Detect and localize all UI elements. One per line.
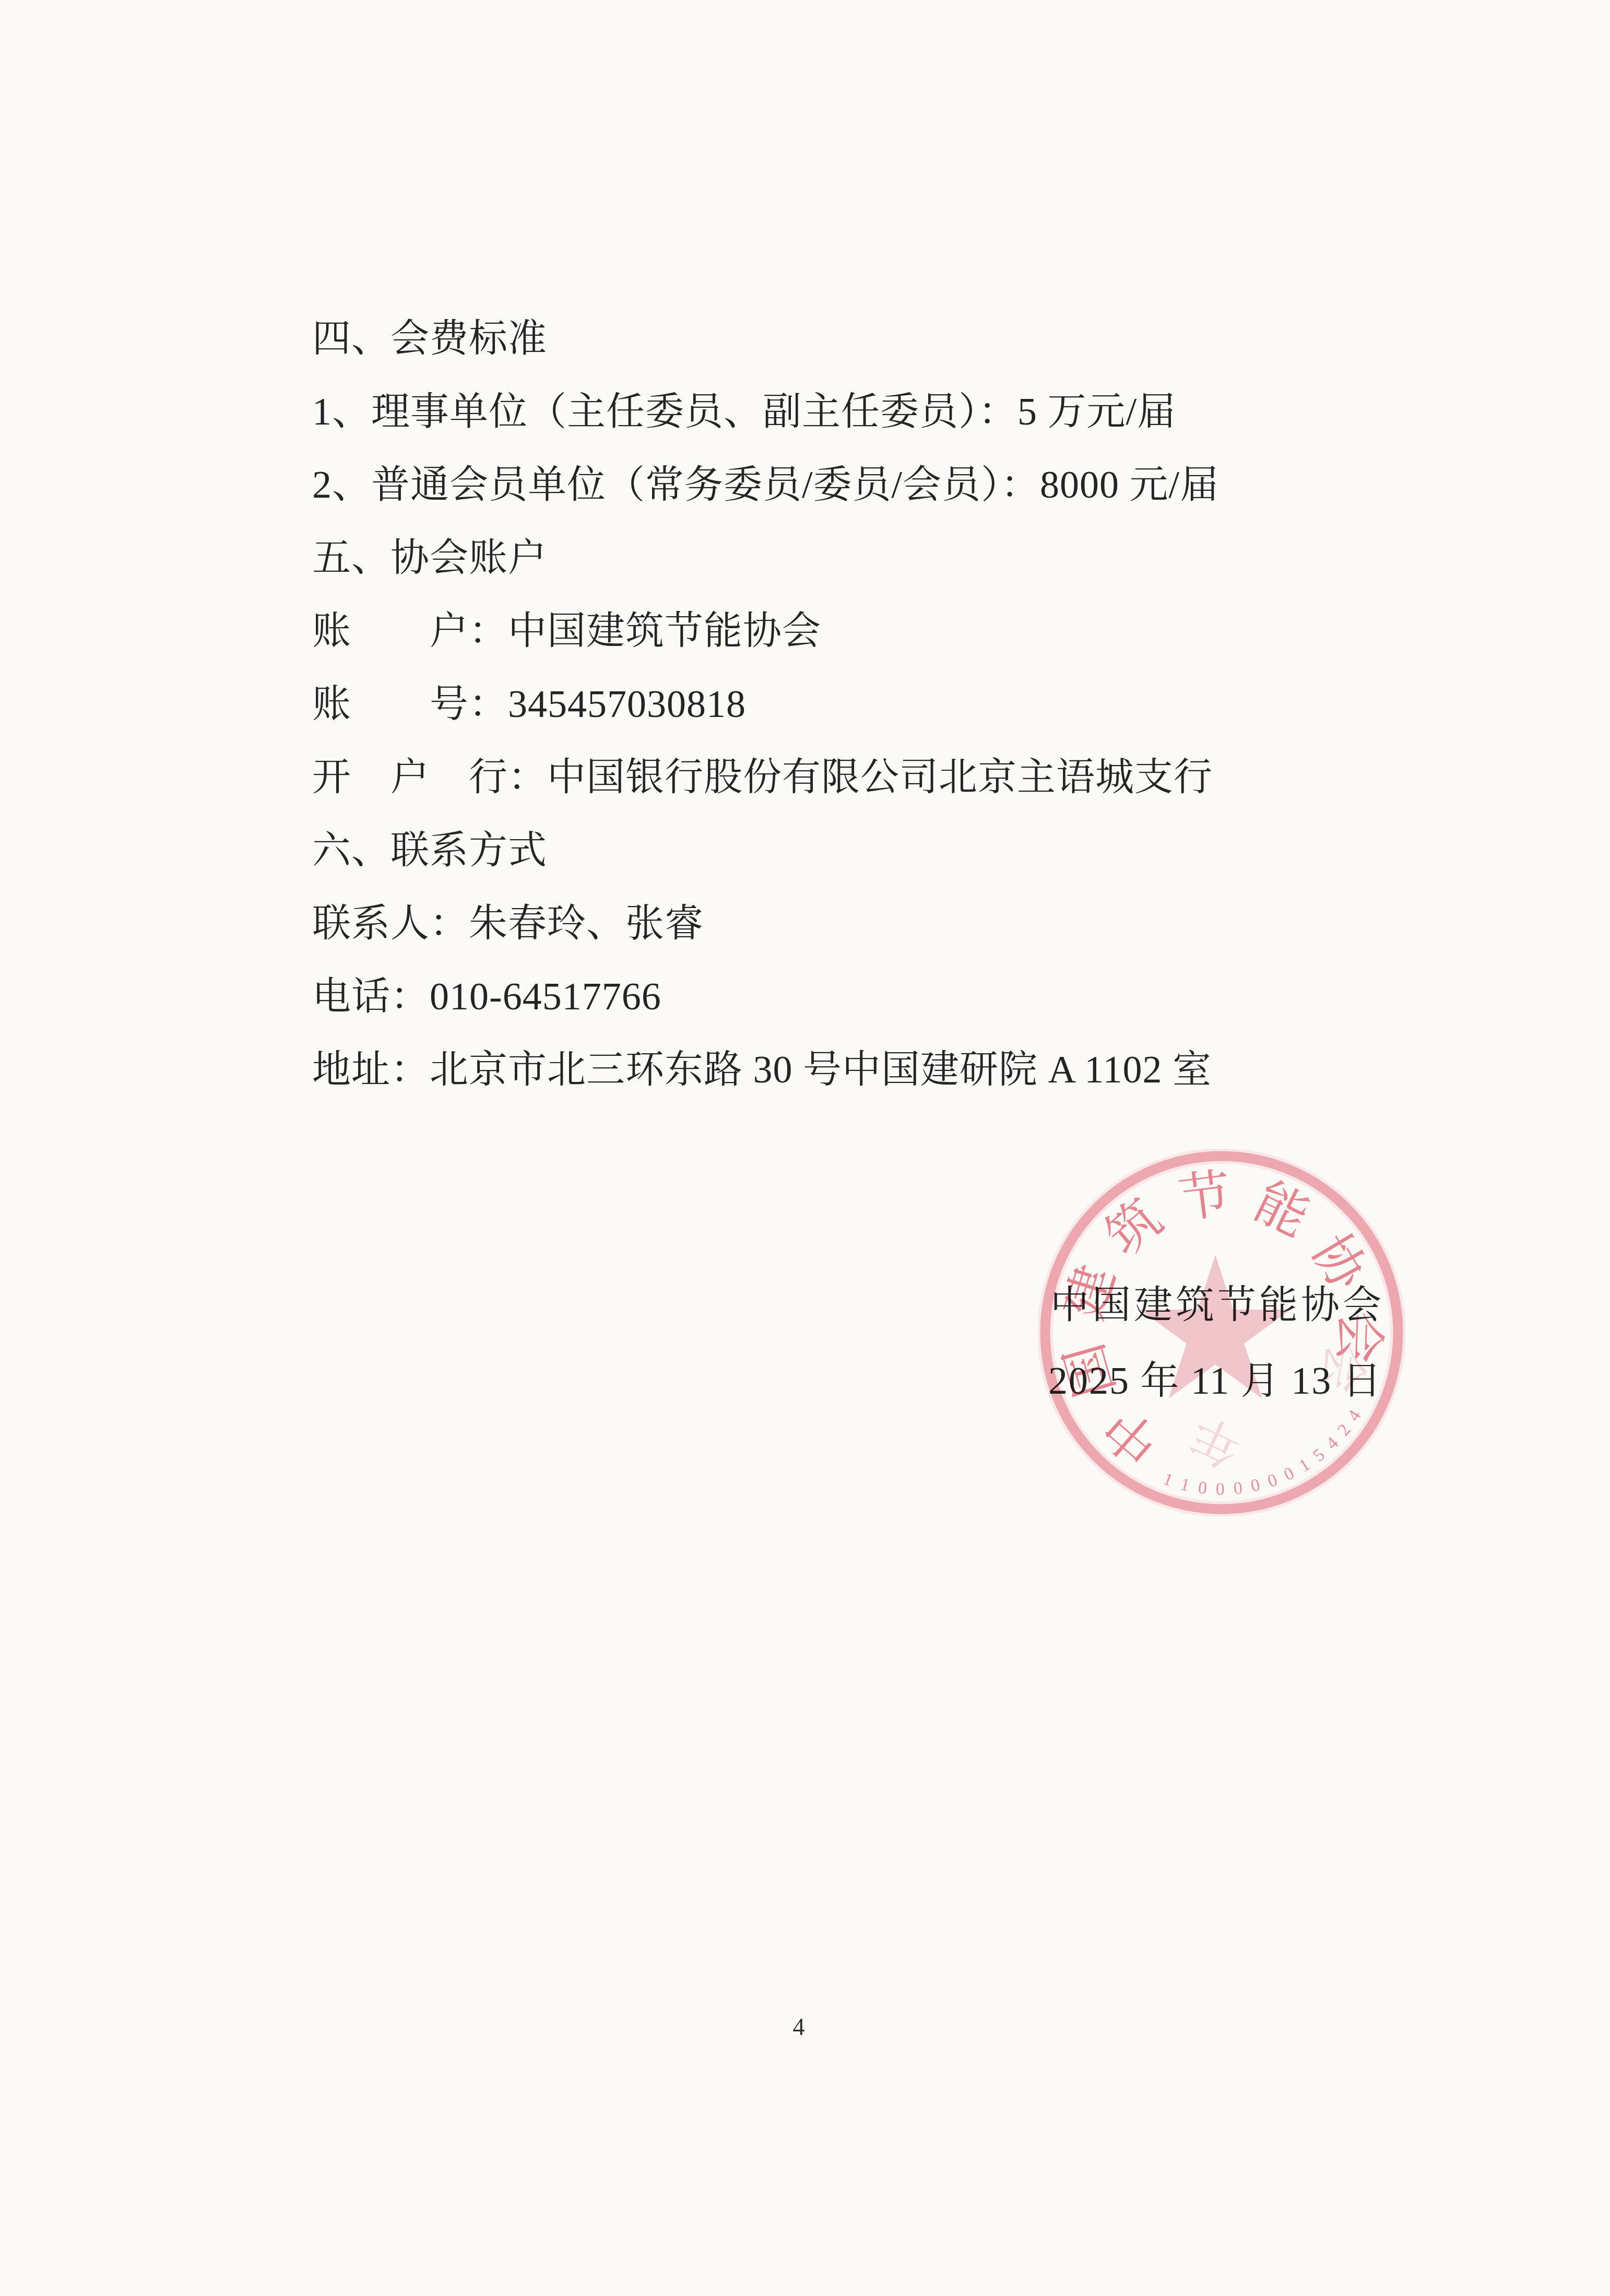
seal-serial-digit: 1 bbox=[1161, 1469, 1176, 1491]
seal-serial-digit: 1 bbox=[1178, 1475, 1191, 1496]
seal-serial-digit: 0 bbox=[1197, 1478, 1208, 1498]
seal-serial-digit: 4 bbox=[1322, 1433, 1342, 1453]
seal-serial-digit: 0 bbox=[1216, 1479, 1225, 1499]
phone-line: 电话：010-64517766 bbox=[312, 960, 1219, 1033]
seal-arc-char: 节 bbox=[1176, 1165, 1235, 1229]
fee-item-regular-units: 2、普通会员单位（常务委员/委员/会员）：8000 元/届 bbox=[312, 449, 1219, 522]
seal-serial-digit: 1 bbox=[1296, 1455, 1313, 1476]
seal-serial-digit: 4 bbox=[1344, 1407, 1365, 1424]
section-heading-contact: 六、联系方式 bbox=[312, 814, 1219, 887]
section-heading-fees: 四、会费标准 bbox=[312, 302, 1219, 375]
seal-serial-digit: 0 bbox=[1281, 1463, 1297, 1485]
document-body: 四、会费标准 1、理事单位（主任委员、副主任委员）：5 万元/届 2、普通会员单… bbox=[312, 302, 1219, 1106]
section-heading-account: 五、协会账户 bbox=[312, 522, 1219, 595]
seal-serial-digit: 5 bbox=[1309, 1445, 1328, 1466]
seal-ghost-char: 会 bbox=[1311, 1339, 1373, 1397]
account-number-line: 账 号：345457030818 bbox=[312, 668, 1219, 741]
seal-serial-digit: 0 bbox=[1249, 1475, 1262, 1496]
seal-serial-digit: 0 bbox=[1265, 1470, 1280, 1491]
contact-person-line: 联系人：朱春玲、张睿 bbox=[312, 887, 1219, 960]
fee-item-director-units: 1、理事单位（主任委员、副主任委员）：5 万元/届 bbox=[312, 375, 1219, 449]
seal-serial-digit: 0 bbox=[1233, 1478, 1244, 1499]
address-line: 地址：北京市北三环东路 30 号中国建研院 A 1102 室 bbox=[312, 1033, 1219, 1106]
seal-arc-char: 建 bbox=[1055, 1259, 1126, 1326]
seal-ghost-char: 年 bbox=[1182, 1406, 1249, 1476]
seal-arc-char: 国 bbox=[1055, 1337, 1125, 1404]
page-number: 4 bbox=[773, 2013, 825, 2041]
bank-name-line: 开 户 行：中国银行股份有限公司北京主语城支行 bbox=[312, 741, 1219, 814]
document-page: 四、会费标准 1、理事单位（主任委员、副主任委员）：5 万元/届 2、普通会员单… bbox=[0, 0, 1610, 2296]
account-name-line: 账 户：中国建筑节能协会 bbox=[312, 595, 1219, 668]
seal-star-icon bbox=[1140, 1255, 1291, 1398]
seal-serial-digit: 2 bbox=[1334, 1420, 1355, 1439]
official-seal: 中 国 建 筑 节 能 协 会 1 1 0 0 0 0 0 0 1 5 4 2 … bbox=[1038, 1149, 1405, 1516]
